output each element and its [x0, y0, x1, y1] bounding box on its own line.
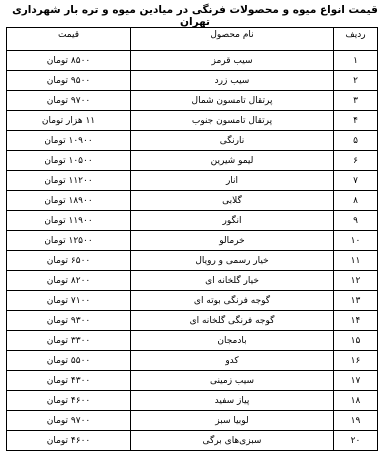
- table-row: ۶لیمو شیرین۱۰۵۰۰ تومان: [7, 151, 378, 171]
- row-index: ۷: [334, 171, 378, 191]
- product-price: ۷۱۰۰ تومان: [7, 291, 131, 311]
- row-index: ۱: [334, 51, 378, 71]
- product-price: ۵۵۰۰ تومان: [7, 351, 131, 371]
- page-title: قیمت انواع میوه و محصولات فرنگی در میادی…: [0, 4, 390, 28]
- row-index: ۵: [334, 131, 378, 151]
- product-name: سبزی‌های برگی: [131, 431, 334, 451]
- product-price: ۶۵۰۰ تومان: [7, 251, 131, 271]
- row-index: ۱۸: [334, 391, 378, 411]
- product-price: ۴۶۰۰ تومان: [7, 391, 131, 411]
- product-name: خیار رسمی و رویال: [131, 251, 334, 271]
- row-index: ۱۱: [334, 251, 378, 271]
- table-row: ۳پرتقال تامسون شمال۹۷۰۰ تومان: [7, 91, 378, 111]
- table-row: ۱۷سیب زمینی۴۳۰۰ تومان: [7, 371, 378, 391]
- product-name: پرتقال تامسون شمال: [131, 91, 334, 111]
- table-row: ۱۳گوجه فرنگی بوته ای۷۱۰۰ تومان: [7, 291, 378, 311]
- row-index: ۱۰: [334, 231, 378, 251]
- row-index: ۹: [334, 211, 378, 231]
- product-price: ۱۰۵۰۰ تومان: [7, 151, 131, 171]
- table-row: ۴پرتقال تامسون جنوب۱۱ هزار تومان: [7, 111, 378, 131]
- row-index: ۱۹: [334, 411, 378, 431]
- product-price: ۴۶۰۰ تومان: [7, 431, 131, 451]
- table-row: ۹انگور۱۱۹۰۰ تومان: [7, 211, 378, 231]
- table-row: ۱۱خیار رسمی و رویال۶۵۰۰ تومان: [7, 251, 378, 271]
- product-name: خرمالو: [131, 231, 334, 251]
- row-index: ۱۷: [334, 371, 378, 391]
- row-index: ۶: [334, 151, 378, 171]
- product-name: لوبیا سبز: [131, 411, 334, 431]
- header-price: قیمت: [7, 28, 131, 51]
- product-price: ۱۲۵۰۰ تومان: [7, 231, 131, 251]
- product-name: پرتقال تامسون جنوب: [131, 111, 334, 131]
- product-price: ۱۱۹۰۰ تومان: [7, 211, 131, 231]
- table-header-row: ردیف نام محصول قیمت: [7, 28, 378, 51]
- row-index: ۱۵: [334, 331, 378, 351]
- product-name: سیب زمینی: [131, 371, 334, 391]
- table-row: ۱۹لوبیا سبز۹۷۰۰ تومان: [7, 411, 378, 431]
- product-price: ۴۳۰۰ تومان: [7, 371, 131, 391]
- product-price: ۹۷۰۰ تومان: [7, 411, 131, 431]
- product-name: انار: [131, 171, 334, 191]
- product-name: بادمجان: [131, 331, 334, 351]
- row-index: ۱۳: [334, 291, 378, 311]
- table-row: ۱۸پیاز سفید۴۶۰۰ تومان: [7, 391, 378, 411]
- table-row: ۱۶کدو۵۵۰۰ تومان: [7, 351, 378, 371]
- product-price: ۳۳۰۰ تومان: [7, 331, 131, 351]
- product-name: سیب زرد: [131, 71, 334, 91]
- table-row: ۸گلابی۱۸۹۰۰ تومان: [7, 191, 378, 211]
- product-price: ۱۸۹۰۰ تومان: [7, 191, 131, 211]
- row-index: ۱۴: [334, 311, 378, 331]
- header-index: ردیف: [334, 28, 378, 51]
- table-row: ۷انار۱۱۲۰۰ تومان: [7, 171, 378, 191]
- product-name: کدو: [131, 351, 334, 371]
- product-name: نارنگی: [131, 131, 334, 151]
- product-price: ۱۱۲۰۰ تومان: [7, 171, 131, 191]
- product-price: ۸۲۰۰ تومان: [7, 271, 131, 291]
- table-row: ۱۵بادمجان۳۳۰۰ تومان: [7, 331, 378, 351]
- product-price: ۹۵۰۰ تومان: [7, 71, 131, 91]
- row-index: ۳: [334, 91, 378, 111]
- header-name: نام محصول: [131, 28, 334, 51]
- product-name: پیاز سفید: [131, 391, 334, 411]
- table-row: ۱۲خیار گلخانه ای۸۲۰۰ تومان: [7, 271, 378, 291]
- product-name: لیمو شیرین: [131, 151, 334, 171]
- table-row: ۱۴گوجه فرنگی گلخانه ای۹۳۰۰ تومان: [7, 311, 378, 331]
- table-row: ۲سیب زرد۹۵۰۰ تومان: [7, 71, 378, 91]
- product-price: ۱۱ هزار تومان: [7, 111, 131, 131]
- product-price: ۱۰۹۰۰ تومان: [7, 131, 131, 151]
- row-index: ۱۲: [334, 271, 378, 291]
- table-row: ۱۰خرمالو۱۲۵۰۰ تومان: [7, 231, 378, 251]
- product-name: گلابی: [131, 191, 334, 211]
- row-index: ۴: [334, 111, 378, 131]
- product-name: سیب قرمز: [131, 51, 334, 71]
- product-name: انگور: [131, 211, 334, 231]
- table-row: ۱سیب قرمز۸۵۰۰ تومان: [7, 51, 378, 71]
- product-price: ۹۳۰۰ تومان: [7, 311, 131, 331]
- product-price: ۸۵۰۰ تومان: [7, 51, 131, 71]
- table-row: ۵نارنگی۱۰۹۰۰ تومان: [7, 131, 378, 151]
- row-index: ۸: [334, 191, 378, 211]
- product-name: گوجه فرنگی بوته ای: [131, 291, 334, 311]
- table-row: ۲۰سبزی‌های برگی۴۶۰۰ تومان: [7, 431, 378, 451]
- price-table: ردیف نام محصول قیمت ۱سیب قرمز۸۵۰۰ تومان۲…: [6, 27, 378, 451]
- product-name: خیار گلخانه ای: [131, 271, 334, 291]
- product-price: ۹۷۰۰ تومان: [7, 91, 131, 111]
- row-index: ۲۰: [334, 431, 378, 451]
- row-index: ۱۶: [334, 351, 378, 371]
- row-index: ۲: [334, 71, 378, 91]
- product-name: گوجه فرنگی گلخانه ای: [131, 311, 334, 331]
